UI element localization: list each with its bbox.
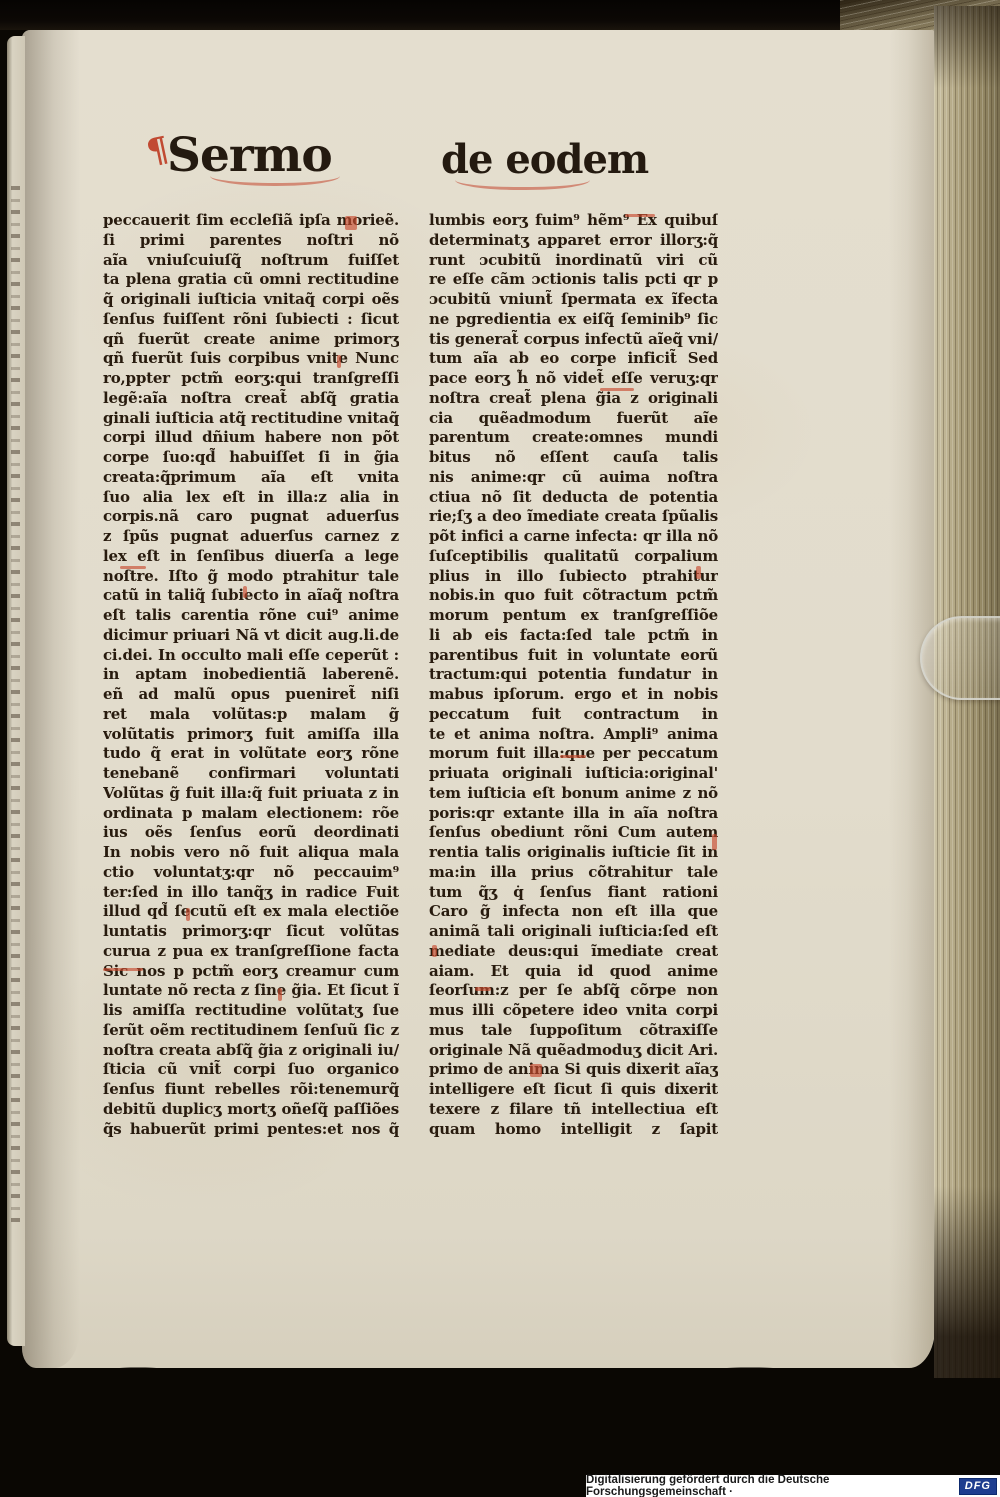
text-line: peccatum fuit contractum in volunta [429,705,718,725]
text-line: pace eorʒ h̃ nõ videt̃ eſſe veruʒ:qr ſi … [429,369,718,389]
text-line: rentia talis originalis iuſticie ſit in … [429,843,718,863]
text-line: ſticia cũ vnit̃ corpi ſuo organico oñes [103,1060,399,1080]
text-line: lex eſt in ſenſibus diuerſa a lege mentʒ [103,547,399,567]
text-line: tem iuſticia eſt bonum anime z nõ cor [429,784,718,804]
text-line: ſuſceptibilis qualitatũ corpalium Am [429,547,718,567]
text-line: qñ fuerũt ſuis corpibus vnite Nunc ve [103,349,399,369]
text-line: ſeorſum:z per ſe abſq̃ cõrpe non dici/ [429,981,718,1001]
text-line: corpe ſuo:qd̃ habuiſſet ſi in g̃ia fuiſſ… [103,448,399,468]
text-line: ſi primi parentes noſtri nõ peccaſſent [103,231,399,251]
rubric-mark [337,355,341,368]
text-line: noſtra creata abſq̃ g̃ia z originali iu/ [103,1041,399,1061]
text-line: ta plena gratia cũ omni rectitudine at [103,270,399,290]
rubric-mark [560,755,586,758]
text-line: eñ ad malũ opus pueniret̃ niſi p̃cede [103,685,399,705]
text-line: texere z filare tñ intellectiua eſt illa… [429,1100,718,1120]
text-line: creata:q̃primum aĩa eſt vnita corpori [103,468,399,488]
text-line: aiam. Et quia id quod anime cõpetit [429,962,718,982]
text-line: parentibus fuit in voluntate eorũ con [429,646,718,666]
rubric-mark [345,216,357,230]
text-line: morum pentum ex tranſgreſſiõe actua [429,606,718,626]
dfg-logo[interactable]: DFG [959,1478,997,1495]
text-line: ſenſus fuiſſent rõni ſubiecti : ſicut fu… [103,310,399,330]
text-line: intelligere eſt ſicut ſi quis dixerit ea… [429,1080,718,1100]
text-line: curua z pua ex tranſgreſſione facta eſt [103,942,399,962]
rubric-mark [530,1064,542,1077]
text-line: li ab eis facta:ſed tale pctm̃ in primis [429,626,718,646]
digitized-book-scan: ¶ Sermo de eodem peccauerit ſim eccleſiã… [0,0,1000,1497]
text-line: ctio voluntatʒ:qr nõ peccauim⁹ actuali [103,863,399,883]
text-line: Caro g̃ infecta non eſt illa que priuet [429,902,718,922]
text-line: poris:qr extante illa in aĩa noſtra oẽs [429,804,718,824]
text-line: tenebanẽ confirmari voluntati diuine [103,764,399,784]
text-line: qñ fuerũt create anime primorʒ pentuʒ [103,330,399,350]
text-line: debitũ duplicʒ mortʒ oñeſq̃ paſſiões [103,1100,399,1120]
rubric-mark [625,214,655,217]
text-line: nis anime:qr cũ auima noſtra intelle/ [429,468,718,488]
rubric-mark [475,987,491,991]
text-line: luntatis primorʒ:qr ſicut volũtas eorũ [103,922,399,942]
text-line: q̃ originali iuſticia vnitaq̃ corpi oẽs [103,290,399,310]
text-line: cia quẽadmodum fuerũt aĩe primorũ [429,409,718,429]
text-line: plius in illo ſubiecto ptrahitur pctm̃ ĩ [429,567,718,587]
text-line: legẽ:aĩa noſtra creat̃ abſq̃ gratia ori/ [103,389,399,409]
text-line: q̃s habuerũt primi pentes:et nos q̃ ex [103,1120,399,1140]
text-line: noſtre. Iſto g̃ modo ptrahitur tale pec [103,567,399,587]
text-line: illud qd̃ ſecutũ eſt ex mala electiõe vo [103,902,399,922]
text-line: priuata originali iuſticia:original' au/ [429,764,718,784]
text-line: corpi illud dñium habere non põt ſup [103,428,399,448]
text-line: põt infici a carne infecta: qr illa nõ e… [429,527,718,547]
text-line: lis amiſſa rectitudine volũtatʒ ſue ami [103,1001,399,1021]
text-line: ter:ſed in illo tanq̃ʒ in radice Fuit oñ… [103,883,399,903]
text-line: ordinata p malam electionem: rõe cu [103,804,399,824]
text-line: mus tale ſuppoſitum cõtraxiſſe pctm̃ [429,1021,718,1041]
text-line: ma:in illa prius cõtrahitur tale pecca [429,863,718,883]
text-line: primo de anima Si quis dixerit aĩaʒ [429,1060,718,1080]
rubric-mark [103,968,143,971]
rubric-mark [278,988,282,1001]
text-line: volũtatis primorʒ fuit amiſſa illa recti [103,725,399,745]
text-line: ſuo alia lex eſt in illa:z alia in ſenſi… [103,488,399,508]
text-line: mediate deus:qui ĩmediate creat illaʒ [429,942,718,962]
text-line: quam homo intelligit z ſapit :dicente [429,1120,718,1140]
text-line: ſenſus obediunt rõni Cum autem ca/ [429,823,718,843]
text-line: eſt talis carentia rõne cui⁹ anime nos [103,606,399,626]
rubric-mark [243,586,247,598]
rubric-mark [712,834,717,850]
text-line: ginali iuſticia atq̃ rectitudine vnitaq̃ [103,409,399,429]
rubric-mark [600,388,634,391]
rubric-mark [696,566,701,579]
text-line: catũ in taliq̃ ſubiecto in aĩaq̃ noſtra [103,586,399,606]
text-line: aĩa vniuſcuiuſq̃ noſtrum fuiſſet crea/ [103,251,399,271]
text-line: tis generat̃ corpus infectũ aĩeq̃ vni/ [429,330,718,350]
text-line: dicimur priuari Nã vt dicit aug.li.de [103,626,399,646]
text-line: parentum create:omnes mundi cõcu/ [429,428,718,448]
text-line: tudo q̃ erat in volũtate eorʒ rõne cuiuſ [103,744,399,764]
digitization-credit-bar: Digitalisierung gefördert durch die Deut… [586,1475,1000,1497]
text-line: tum aĩa ab eo corpe inficit̃ Sed ſalua [429,349,718,369]
text-line: ius oẽs ſenſus eorũ deordinati fuere. [103,823,399,843]
text-line: mabus ipſorum. ergo et in nobis tale [429,685,718,705]
text-line: ɔcubitũ vniunt̃ ſpermata ex ĩfecta car [429,290,718,310]
running-title-right: de eodem [441,136,648,183]
text-line: in aptam inobedientiã laberenẽ. Non [103,665,399,685]
page-holder-clip [920,616,1000,700]
text-line: ne pgredientia ex eiſq̃ ſeminib⁹ ſic vni [429,310,718,330]
text-line: originale Nã quẽadmoduʒ dicit Ari. [429,1041,718,1061]
text-line: tractum:qui potentia fundatur in ani [429,665,718,685]
text-line: ſenſus fiunt rebelles rõi:tenemurq̃ ad [103,1080,399,1100]
text-line: Sic nos p pctm̃ eorʒ creamur cum vo [103,962,399,982]
text-line: Volũtas g̃ fuit illa:q̃ fuit priuata z i… [103,784,399,804]
rubric-mark [186,908,190,921]
page-bottom-edge [30,1342,930,1382]
text-line: noſtra creat̃ plena g̃ia z originali iuſ… [429,389,718,409]
text-line: ctiua nõ ſit deducta de potentia mate [429,488,718,508]
credit-text: Digitalisierung gefördert durch die Deut… [586,1474,954,1497]
text-line: In nobis vero nõ fuit aliqua mala ele [103,843,399,863]
rubric-mark [120,566,146,569]
text-line: mus illi cõpetere ideo vnita corpi dici [429,1001,718,1021]
text-line: bitus nõ eſſent cauſa talis deturpatiõ [429,448,718,468]
text-line: ret mala volũtas:p malam g̃ electionẽ [103,705,399,725]
running-title-left: Sermo [167,128,332,183]
text-line: te et anima noſtra. Ampli⁹ anima pri [429,725,718,745]
text-line: rie;ſʒ a deo ĩmediate creata ſpũalis nõ [429,507,718,527]
facing-page-ghost-text [11,186,20,1226]
text-line: ci.dei. In occulto mali eſſe ceperũt : v… [103,646,399,666]
rubric-mark [432,945,437,957]
text-line: tum q̃ʒ q̇ ſenſus fiant rationi rebelles [429,883,718,903]
text-line: nobis.in quo fuit cõtractum pctm̃ pri [429,586,718,606]
text-line: z ſpũs pugnat aduerſus carnez z alia [103,527,399,547]
text-line: ſerũt oẽm rectitudinem ſenſuũ ſic z aĩa [103,1021,399,1041]
text-line: lumbis eorʒ fuim⁹ hẽm⁹ Ex quibuſ ſic [429,211,718,231]
text-line: ro,ppter pctm̃ eorʒ:qui tranſgreſſi ſunt [103,369,399,389]
text-line: corpis.nã caro pugnat aduerſus ſpũz [103,507,399,527]
text-line: animã tali originali iuſticia:ſed eſt im [429,922,718,942]
text-line: runt ɔcubitũ inordinatũ viri cũ mulie [429,251,718,271]
text-column-right: lumbis eorʒ fuim⁹ hẽm⁹ Ex quibuſ ſicdete… [429,211,718,1139]
facing-page-edge [7,36,25,1346]
text-line: re eſſe cãm ɔctionis talis pcti qr p tal… [429,270,718,290]
text-line: determinatʒ apparet error illorʒ:q̃ dixe [429,231,718,251]
text-line: luntate nõ recta z ſine g̃ia. Et ſicut ĩ… [103,981,399,1001]
text-column-left: peccauerit ſim eccleſiã ipſa morieẽ. Nãſ… [103,211,399,1139]
